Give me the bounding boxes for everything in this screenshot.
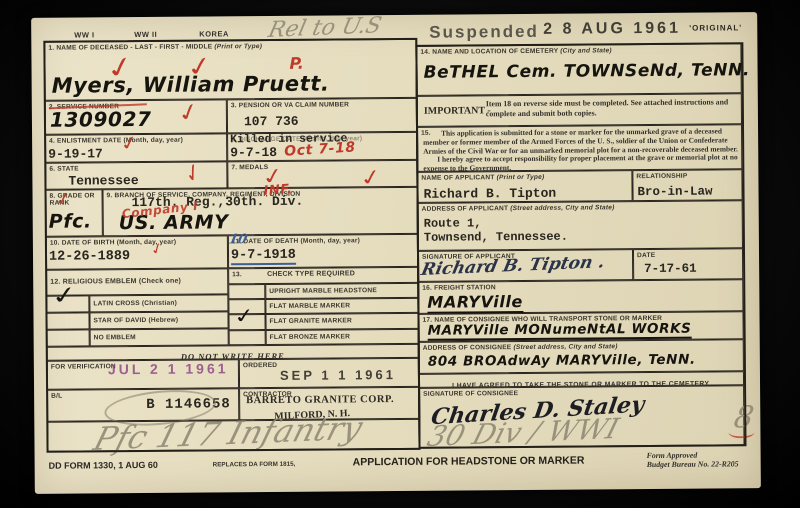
scanned-form-paper: WW I WW II KOREA Rel to U.S Suspended 2 … xyxy=(31,12,761,494)
war-label-ww1: WW I xyxy=(74,30,94,39)
form-id: DD FORM 1330, 1 AUG 60 xyxy=(49,460,158,471)
replaces-note: REPLACES DA FORM 1815, xyxy=(213,461,296,469)
original-copy-label: 'ORIGINAL' xyxy=(689,23,742,32)
war-label-ww2: WW II xyxy=(134,30,157,39)
form-approved-line2: Budget Bureau No. 22-R205 xyxy=(647,459,739,469)
war-label-korea: KOREA xyxy=(199,29,229,38)
left-table-border xyxy=(43,38,420,453)
form-approved-line1: Form Approved xyxy=(647,451,698,460)
suspended-stamp: Suspended xyxy=(429,22,539,43)
form-title: APPLICATION FOR HEADSTONE OR MARKER xyxy=(353,455,585,469)
right-table-border xyxy=(415,42,746,449)
suspended-date-stamp: 2 8 AUG 1961 xyxy=(543,20,681,39)
